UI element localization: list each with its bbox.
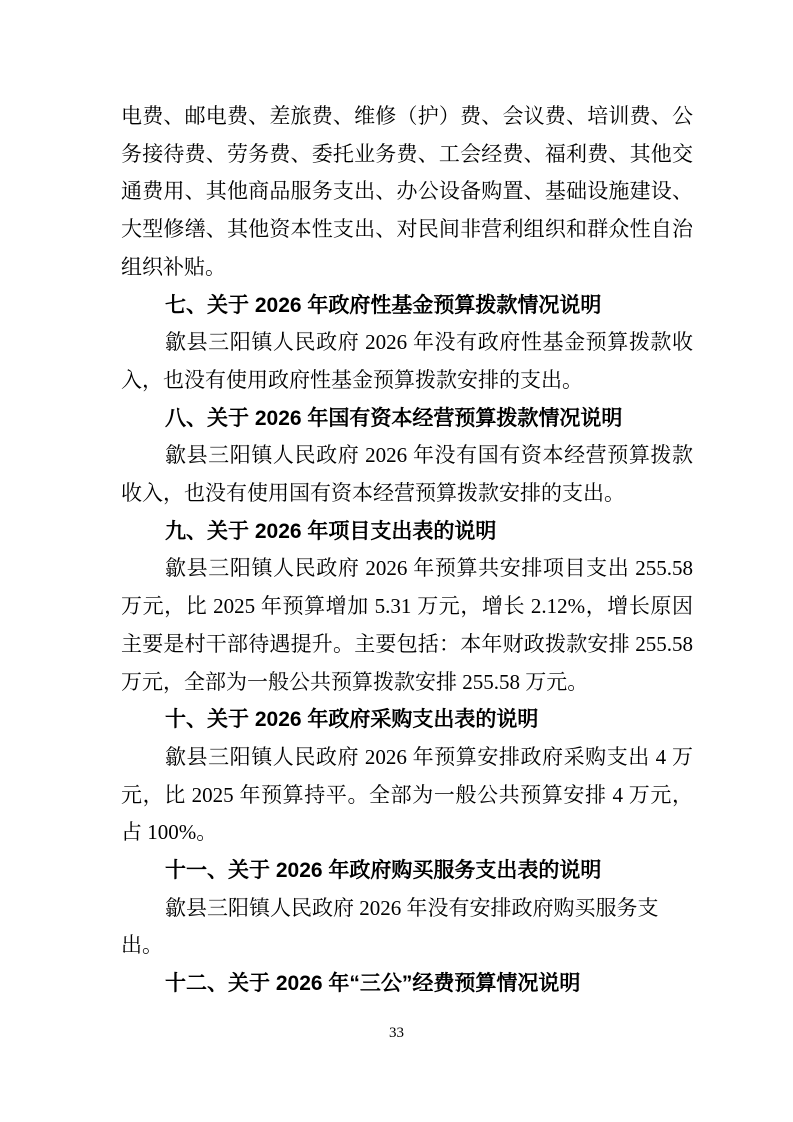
section-heading: 十一、关于 2026 年政府购买服务支出表的说明 [121,852,693,890]
body-text-line: 元，比 2025 年预算持平。全部为一般公共预算安排 4 万元， [121,777,693,815]
page-number: 33 [0,1024,793,1042]
body-text-line: 歙县三阳镇人民政府 2026 年没有政府性基金预算拨款收 [121,324,693,362]
document-page: 电费、邮电费、差旅费、维修（护）费、会议费、培训费、公务接待费、劳务费、委托业务… [0,0,793,1122]
body-text-line: 歙县三阳镇人民政府 2026 年预算共安排项目支出 255.58 [121,550,693,588]
body-text-line: 电费、邮电费、差旅费、维修（护）费、会议费、培训费、公 [121,98,693,136]
body-text-line: 万元，全部为一般公共预算拨款安排 255.58 万元。 [121,664,693,702]
body-text-line: 歙县三阳镇人民政府 2026 年没有国有资本经营预算拨款 [121,437,693,475]
body-text-line: 万元，比 2025 年预算增加 5.31 万元，增长 2.12%，增长原因 [121,588,693,626]
body-text-line: 收入，也没有使用国有资本经营预算拨款安排的支出。 [121,475,693,513]
body-text-line: 占 100%。 [121,814,693,852]
body-text-line: 歙县三阳镇人民政府 2026 年没有安排政府购买服务支出。 [121,890,693,965]
body-text-line: 组织补贴。 [121,249,693,287]
body-text-line: 大型修缮、其他资本性支出、对民间非营利组织和群众性自治 [121,211,693,249]
body-text-line: 通费用、其他商品服务支出、办公设备购置、基础设施建设、 [121,173,693,211]
body-text-line: 务接待费、劳务费、委托业务费、工会经费、福利费、其他交 [121,136,693,174]
body-text-line: 歙县三阳镇人民政府 2026 年预算安排政府采购支出 4 万 [121,739,693,777]
body-text-line: 主要是村干部待遇提升。主要包括：本年财政拨款安排 255.58 [121,626,693,664]
section-heading: 十、关于 2026 年政府采购支出表的说明 [121,701,693,739]
section-heading: 八、关于 2026 年国有资本经营预算拨款情况说明 [121,400,693,438]
section-heading: 十二、关于 2026 年“三公”经费预算情况说明 [121,965,693,1003]
body-text-line: 入，也没有使用政府性基金预算拨款安排的支出。 [121,362,693,400]
section-heading: 九、关于 2026 年项目支出表的说明 [121,513,693,551]
section-heading: 七、关于 2026 年政府性基金预算拨款情况说明 [121,287,693,325]
document-content: 电费、邮电费、差旅费、维修（护）费、会议费、培训费、公务接待费、劳务费、委托业务… [121,98,693,1003]
